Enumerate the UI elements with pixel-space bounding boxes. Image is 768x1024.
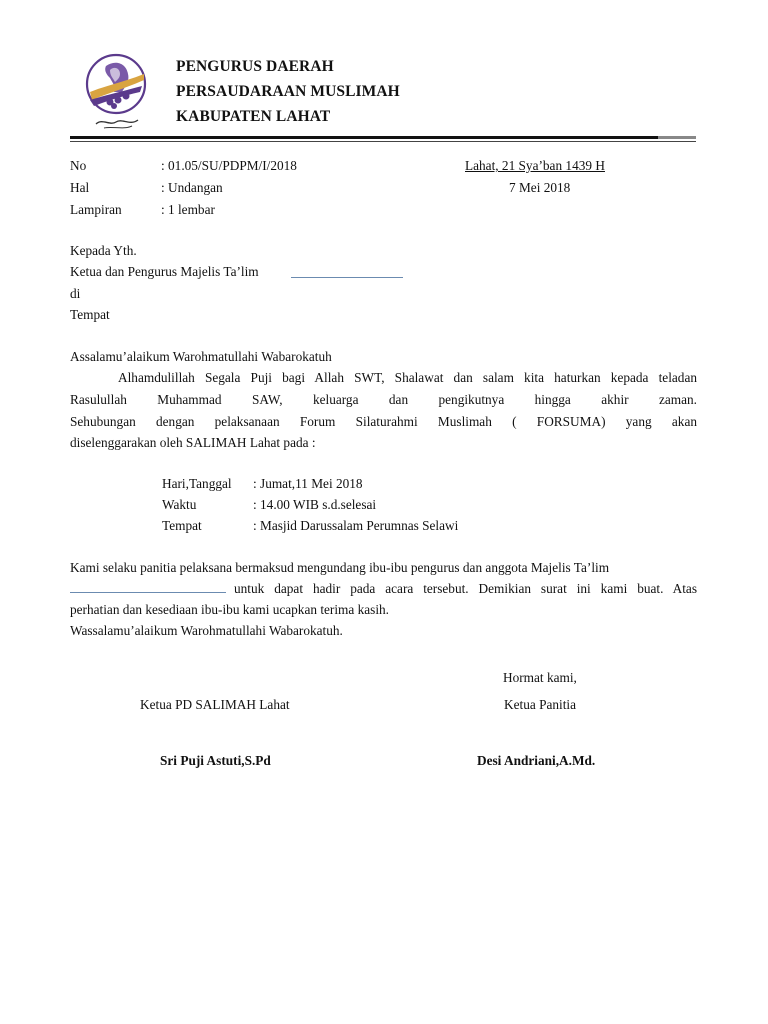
letterhead-divider-end	[658, 136, 696, 139]
paragraph-2-line-3: perhatian dan kesediaan ibu-ibu kami uca…	[70, 602, 389, 618]
org-name-line-1: PENGURUS DAERAH	[176, 58, 334, 76]
meta-value-no: : 01.05/SU/PDPM/I/2018	[161, 158, 297, 174]
majelis-blank-line	[70, 592, 226, 593]
paragraph-1-line-2: Rasulullah Muhammad SAW, keluarga dan pe…	[70, 392, 697, 408]
org-name-line-2: PERSAUDARAAN MUSLIMAH	[176, 83, 400, 101]
meta-label-no: No	[70, 158, 86, 174]
recipient-blank-line	[291, 277, 403, 278]
recipient-name: Ketua dan Pengurus Majelis Ta’lim	[70, 264, 259, 280]
event-label-time: Waktu	[162, 497, 196, 513]
right-signer-name: Desi Andriani,A.Md.	[477, 753, 595, 769]
paragraph-2-line-2: untuk dapat hadir pada acara tersebut. D…	[234, 581, 697, 597]
salimah-logo-icon	[84, 52, 148, 136]
event-label-date: Hari,Tanggal	[162, 476, 232, 492]
recipient-di: di	[70, 286, 80, 302]
date-hijri: Lahat, 21 Sya’ban 1439 H	[465, 158, 605, 174]
letterhead-divider-thick	[70, 136, 696, 139]
greeting: Assalamu’alaikum Warohmatullahi Wabaroka…	[70, 349, 332, 365]
meta-label-lampiran: Lampiran	[70, 202, 122, 218]
left-signer-title: Ketua PD SALIMAH Lahat	[140, 697, 290, 713]
paragraph-2-line-1: Kami selaku panitia pelaksana bermaksud …	[70, 560, 609, 576]
event-value-time: : 14.00 WIB s.d.selesai	[253, 497, 376, 513]
date-gregorian: 7 Mei 2018	[509, 180, 570, 196]
meta-value-lampiran: : 1 lembar	[161, 202, 215, 218]
event-value-date: : Jumat,11 Mei 2018	[253, 476, 363, 492]
paragraph-1-line-4: diselenggarakan oleh SALIMAH Lahat pada …	[70, 435, 316, 451]
regards-text: Hormat kami,	[503, 670, 577, 686]
left-signer-name: Sri Puji Astuti,S.Pd	[160, 753, 271, 769]
recipient-salutation: Kepada Yth.	[70, 243, 137, 259]
closing-greeting: Wassalamu’alaikum Warohmatullahi Wabarok…	[70, 623, 343, 639]
meta-value-hal: : Undangan	[161, 180, 223, 196]
paragraph-1-line-3: Sehubungan dengan pelaksanaan Forum Sila…	[70, 414, 697, 430]
paragraph-1-line-1: Alhamdulillah Segala Puji bagi Allah SWT…	[118, 370, 697, 386]
letterhead-divider-thin	[70, 141, 696, 142]
event-value-place: : Masjid Darussalam Perumnas Selawi	[253, 518, 458, 534]
meta-label-hal: Hal	[70, 180, 89, 196]
event-label-place: Tempat	[162, 518, 202, 534]
right-signer-title: Ketua Panitia	[504, 697, 576, 713]
org-name-line-3: KABUPATEN LAHAT	[176, 108, 330, 126]
recipient-tempat: Tempat	[70, 307, 110, 323]
